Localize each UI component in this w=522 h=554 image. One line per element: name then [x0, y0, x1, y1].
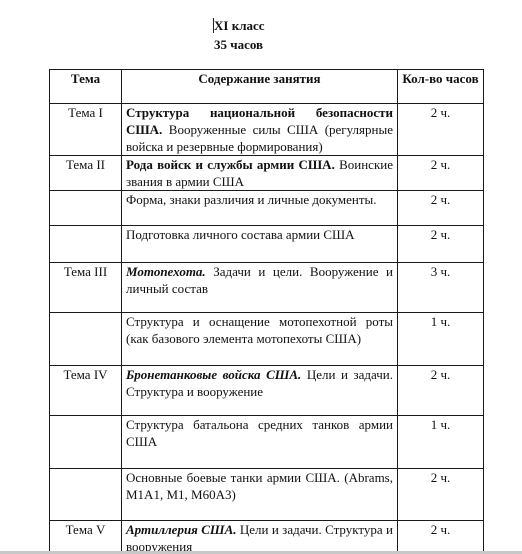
- topic-cell: Тема IV: [50, 366, 122, 416]
- content-cell: Рода войск и службы армии США. Воинские …: [122, 156, 398, 191]
- content-cell: Мотопехота. Задачи и цели. Вооружение и …: [122, 263, 398, 313]
- hours-cell: 2 ч.: [398, 226, 484, 263]
- topic-cell: Тема I: [50, 104, 122, 156]
- table-body: Тема IСтруктура национальной безопасност…: [50, 104, 484, 554]
- topic-cell: [50, 469, 122, 521]
- topic-title: Мотопехота.: [126, 264, 206, 279]
- hours-cell: 2 ч.: [398, 104, 484, 156]
- table-header-row: Тема Содержание занятия Кол-во часов: [50, 70, 484, 104]
- content-text: Подготовка личного состава армии США: [126, 227, 355, 242]
- table-row: Форма, знаки различия и личные документы…: [50, 191, 484, 226]
- content-cell: Бронетанковые войска США. Цели и задачи.…: [122, 366, 398, 416]
- hours-cell: 2 ч.: [398, 366, 484, 416]
- content-text: Структура и оснащение мотопехотной роты …: [126, 314, 393, 346]
- hours-cell: 2 ч.: [398, 521, 484, 554]
- topic-cell: [50, 313, 122, 366]
- table-row: Подготовка личного состава армии США2 ч.: [50, 226, 484, 263]
- table-row: Тема IIРода войск и службы армии США. Во…: [50, 156, 484, 191]
- topic-cell: Тема V: [50, 521, 122, 554]
- topic-cell: [50, 416, 122, 469]
- hours-cell: 2 ч.: [398, 469, 484, 521]
- content-cell: Структура национальной безопасности США.…: [122, 104, 398, 156]
- curriculum-table: Тема Содержание занятия Кол-во часов Тем…: [49, 69, 484, 554]
- content-cell: Структура батальона средних танков армии…: [122, 416, 398, 469]
- hours-cell: 2 ч.: [398, 156, 484, 191]
- topic-title: Бронетанковые войска США.: [126, 367, 301, 382]
- content-text: Основные боевые танки армии США. (Abrams…: [126, 470, 393, 502]
- topic-cell: Тема II: [50, 156, 122, 191]
- header-hours: Кол-во часов: [398, 70, 484, 104]
- content-cell: Артиллерия США. Цели и задачи. Структура…: [122, 521, 398, 554]
- table-row: Основные боевые танки армии США. (Abrams…: [50, 469, 484, 521]
- content-text: Форма, знаки различия и личные документы…: [126, 192, 377, 207]
- table-row: Структура батальона средних танков армии…: [50, 416, 484, 469]
- header-topic: Тема: [50, 70, 122, 104]
- topic-title: Артиллерия США.: [126, 522, 237, 537]
- content-cell: Подготовка личного состава армии США: [122, 226, 398, 263]
- hours-cell: 2 ч.: [398, 191, 484, 226]
- table-row: Тема IСтруктура национальной безопасност…: [50, 104, 484, 156]
- table-row: Тема IVБронетанковые войска США. Цели и …: [50, 366, 484, 416]
- table-row: Тема VАртиллерия США. Цели и задачи. Стр…: [50, 521, 484, 554]
- content-text: Вооруженные силы США (регулярные войска …: [126, 122, 393, 154]
- hours-cell: 3 ч.: [398, 263, 484, 313]
- content-text: Структура батальона средних танков армии…: [126, 417, 393, 449]
- hours-cell: 1 ч.: [398, 313, 484, 366]
- topic-title: Рода войск и службы армии США.: [126, 157, 335, 172]
- class-heading: XI класс: [214, 17, 265, 34]
- topic-cell: Тема III: [50, 263, 122, 313]
- table-row: Структура и оснащение мотопехотной роты …: [50, 313, 484, 366]
- topic-cell: [50, 226, 122, 263]
- header-content: Содержание занятия: [122, 70, 398, 104]
- content-cell: Структура и оснащение мотопехотной роты …: [122, 313, 398, 366]
- topic-cell: [50, 191, 122, 226]
- hours-cell: 1 ч.: [398, 416, 484, 469]
- content-cell: Форма, знаки различия и личные документы…: [122, 191, 398, 226]
- hours-heading: 35 часов: [214, 36, 263, 53]
- table-row: Тема IIIМотопехота. Задачи и цели. Воору…: [50, 263, 484, 313]
- content-cell: Основные боевые танки армии США. (Abrams…: [122, 469, 398, 521]
